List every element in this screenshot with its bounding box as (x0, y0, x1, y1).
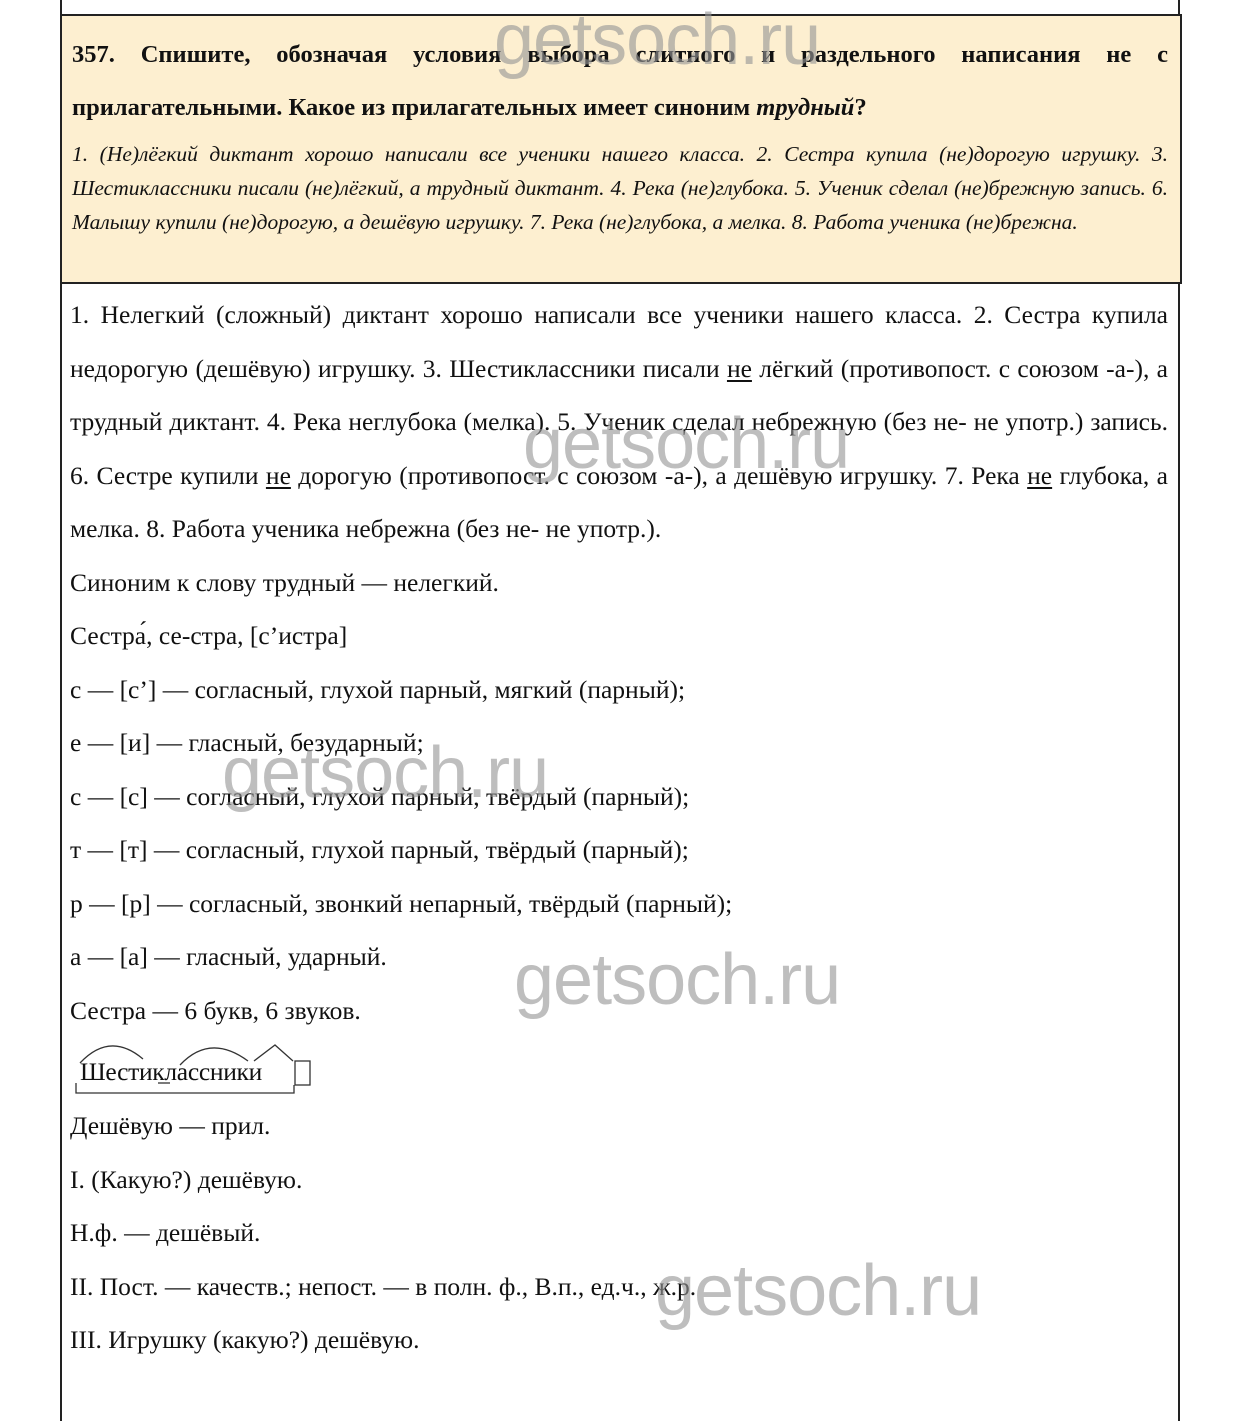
answer-paragraph: 1. Нелегкий (сложный) диктант хорошо нап… (70, 288, 1168, 556)
exercise-number: 357. (72, 41, 115, 68)
exercise-title: 357. Спишите, обозначая условия выбора с… (72, 28, 1168, 134)
synonym-line: Синоним к слову трудный — нелегкий. (70, 556, 1168, 610)
phonetic-analysis-list: с — [с’] — согласный, глухой парный, мяг… (70, 663, 1168, 984)
underlined-ne: не (727, 354, 752, 383)
italic-word: трудный (756, 94, 854, 121)
morphological-analysis-list: Дешёвую — прил.I. (Какую?) дешёвую.Н.ф. … (70, 1099, 1168, 1367)
phonetic-line: с — [с] — согласный, глухой парный, твёр… (70, 770, 1168, 824)
morpheme-word: Шестиклассники (80, 1057, 262, 1087)
phonetic-line: т — [т] — согласный, глухой парный, твёр… (70, 823, 1168, 877)
letters-sounds-line: Сестра — 6 букв, 6 звуков. (70, 984, 1168, 1038)
underlined-ne: не (1027, 461, 1052, 490)
phonetic-header: Сестра, се-стра, [с’истра] (70, 609, 1168, 663)
exercise-text: 1. (Не)лёгкий диктант хорошо написали вс… (72, 137, 1168, 239)
underlined-ne: не (266, 461, 291, 490)
stressed-word: Сестра (70, 621, 146, 650)
phonetic-line: р — [р] — согласный, звонкий непарный, т… (70, 877, 1168, 931)
morph-analysis-line: Н.ф. — дешёвый. (70, 1206, 1168, 1260)
morph-analysis-line: II. Пост. — качеств.; непост. — в полн. … (70, 1260, 1168, 1314)
morph-analysis-line: III. Игрушку (какую?) дешёвую. (70, 1313, 1168, 1367)
phonetic-line: е — [и] — гласный, безударный; (70, 716, 1168, 770)
morph-analysis-line: I. (Какую?) дешёвую. (70, 1153, 1168, 1207)
answer-section: 1. Нелегкий (сложный) диктант хорошо нап… (70, 288, 1168, 1367)
phonetic-line: с — [с’] — согласный, глухой парный, мяг… (70, 663, 1168, 717)
phonetic-line: а — [а] — гласный, ударный. (70, 930, 1168, 984)
morpheme-diagram: Шестиклассники (70, 1037, 330, 1099)
exercise-task-box: 357. Спишите, обозначая условия выбора с… (60, 14, 1182, 284)
morph-analysis-line: Дешёвую — прил. (70, 1099, 1168, 1153)
